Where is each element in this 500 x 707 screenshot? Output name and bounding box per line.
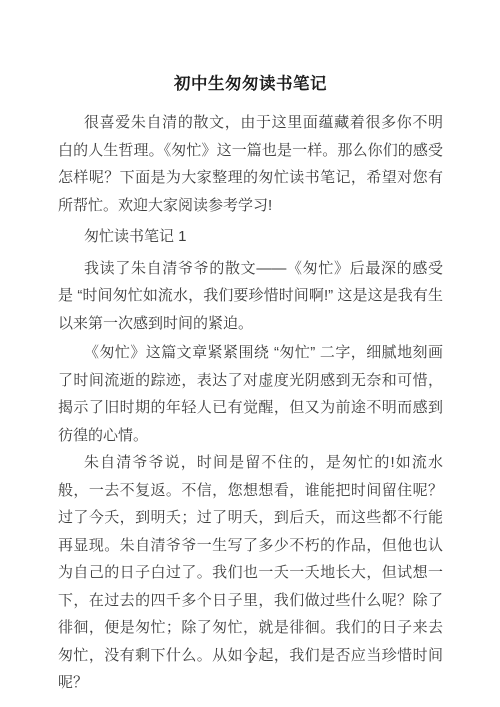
document-content: 初中生匆匆读书笔记 很喜爱朱自清的散文，由于这里面蕴藏着很多你不明白的人生哲理。… xyxy=(58,0,443,697)
section-heading: 匆忙读书笔记 1 xyxy=(58,223,443,251)
intro-paragraph: 很喜爱朱自清的散文，由于这里面蕴藏着很多你不明白的人生哲理。《匆忙》这一篇也是一… xyxy=(58,109,443,219)
body-paragraph-2: 《匆忙》这篇文章紧紧围绕 “匆忙” 二字，细腻地刻画了时间流逝的踪迹，表达了对虚… xyxy=(58,339,443,449)
document-title: 初中生匆匆读书笔记 xyxy=(58,73,443,96)
page-number: 1 xyxy=(0,651,500,667)
body-paragraph-1: 我读了朱自清爷爷的散文——《匆忙》后最深的感受是 “时间匆忙如流水，我们要珍惜时… xyxy=(58,255,443,338)
document-page: 初中生匆匆读书笔记 很喜爱朱自清的散文，由于这里面蕴藏着很多你不明白的人生哲理。… xyxy=(0,0,500,707)
